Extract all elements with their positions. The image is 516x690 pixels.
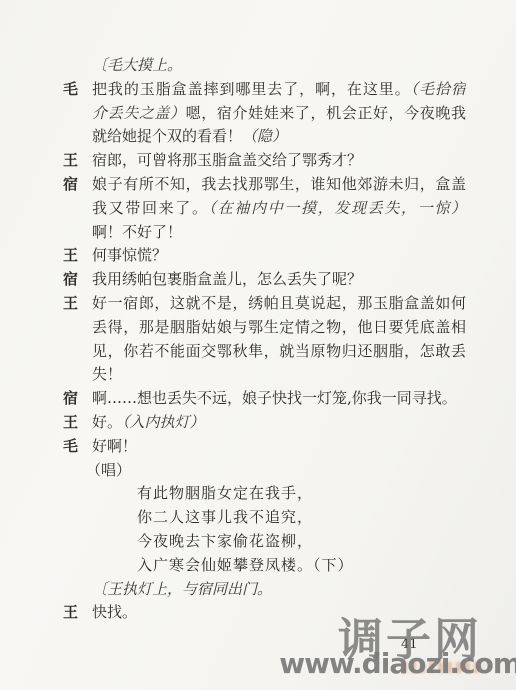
dialogue-text: 见，你若不能面交鄂秋隼，就当原物归还胭脂，怎敢丢 (92, 340, 466, 364)
dialogue-text: 把我的玉脂盒盖摔到哪里去了，啊，在这里。（毛拾宿 (92, 78, 466, 102)
stage-note-inline: 介丢失之盖） (92, 104, 186, 122)
verse-line: 有此物胭脂女定在我手， (137, 482, 313, 506)
dialogue-fragment: 见，你若不能面交鄂秋隼，就当原物归还胭脂，怎敢丢 (92, 342, 466, 360)
speaker-label: 王 (63, 411, 78, 435)
dialogue-fragment: 就给她捉个双的看看！ (92, 127, 242, 145)
dialogue-fragment: 我又带回来了。 (92, 199, 209, 217)
script-line: 我又带回来了。（在袖内中一摸，发现丢失，一惊） (0, 197, 516, 221)
dialogue-fragment: 好啊！ (92, 437, 137, 455)
script-text-block: 〔毛大摸上。毛把我的玉脂盒盖摔到哪里去了，啊，在这里。（毛拾宿介丢失之盖）嗯，宿… (0, 54, 516, 625)
script-line: 失！ (0, 363, 516, 387)
dialogue-fragment: 好。 (92, 413, 122, 431)
dialogue-text: 就给她捉个双的看看！（隐） (92, 125, 466, 149)
script-line: 宿我用绣帕包裹脂盒盖儿，怎么丢失了呢？ (0, 268, 516, 292)
speaker-label: 王 (63, 292, 78, 316)
dialogue-text: 好啊！ (92, 435, 466, 459)
verse-line: 你二人这事儿我不追究， (137, 506, 313, 530)
script-line: 今夜晚去卞家偷花盗柳， (0, 530, 516, 554)
dialogue-text: 啊……想也丢失不远，娘子快找一灯笼,你我一同寻找。 (92, 387, 466, 411)
dialogue-fragment: 我用绣帕包裹脂盒盖儿，怎么丢失了呢？ (92, 270, 362, 288)
dialogue-text: 失！ (92, 363, 466, 387)
script-line: 你二人这事儿我不追究， (0, 506, 516, 530)
dialogue-text: 好。（入内执灯） (92, 411, 466, 435)
watermark-site-url: www.diaozi.com (279, 647, 516, 680)
dialogue-fragment: 丢得，那是胭脂姑娘与鄂生定情之物，他日要凭底盖相 (92, 318, 466, 336)
script-line: 王好一宿郎，这就不是，绣帕且莫说起，那玉脂盒盖如何 (0, 292, 516, 316)
script-line: 宿娘子有所不知，我去找那鄂生，谁知他郊游未归，盒盖 (0, 173, 516, 197)
stage-note-inline: （在袖内中一摸，发现丢失，一惊） (209, 199, 466, 217)
script-line: 〔毛大摸上。 (0, 54, 516, 78)
dialogue-text: 丢得，那是胭脂姑娘与鄂生定情之物，他日要凭底盖相 (92, 316, 466, 340)
verse-line: 今夜晚去卞家偷花盗柳， (137, 530, 313, 554)
script-line: 毛把我的玉脂盒盖摔到哪里去了，啊，在这里。（毛拾宿 (0, 78, 516, 102)
script-line: 见，你若不能面交鄂秋隼，就当原物归还胭脂，怎敢丢 (0, 340, 516, 364)
script-line: 王好。（入内执灯） (0, 411, 516, 435)
dialogue-fragment: 快找。 (92, 603, 137, 621)
script-line: 毛好啊！ (0, 435, 516, 459)
dialogue-text: 娘子有所不知，我去找那鄂生，谁知他郊游未归，盒盖 (92, 173, 466, 197)
dialogue-text: 好一宿郎，这就不是，绣帕且莫说起，那玉脂盒盖如何 (92, 292, 466, 316)
stage-note-inline: （隐） (242, 127, 287, 145)
script-line: 介丢失之盖）嗯，宿介娃娃来了，机会正好，今夜晚我 (0, 102, 516, 126)
speaker-label: 王 (63, 244, 78, 268)
dialogue-text: 啊！不好了！ (92, 221, 466, 245)
dialogue-fragment: 何事惊慌？ (92, 246, 167, 264)
script-line: 王宿郎，可曾将那玉脂盒盖交给了鄂秀才？ (0, 149, 516, 173)
script-line: 有此物胭脂女定在我手， (0, 482, 516, 506)
script-line: 〔王执灯上，与宿同出门。 (0, 578, 516, 602)
speaker-label: 王 (63, 601, 78, 625)
script-line: 宿啊……想也丢失不远，娘子快找一灯笼,你我一同寻找。 (0, 387, 516, 411)
dialogue-fragment: 把我的玉脂盒盖摔到哪里去了，啊，在这里。 (92, 80, 411, 98)
dialogue-fragment: 啊……想也丢失不远，娘子快找一灯笼,你我一同寻找。 (92, 389, 457, 407)
dialogue-text: 何事惊慌？ (92, 244, 466, 268)
dialogue-text: 宿郎，可曾将那玉脂盒盖交给了鄂秀才？ (92, 149, 466, 173)
dialogue-text: 介丢失之盖）嗯，宿介娃娃来了，机会正好，今夜晚我 (92, 102, 466, 126)
speaker-label: 王 (63, 149, 78, 173)
sing-cue: （唱） (86, 459, 131, 483)
stage-note-inline: （毛拾宿 (411, 80, 466, 98)
speaker-label: 毛 (63, 435, 78, 459)
stage-direction: 〔王执灯上，与宿同出门。 (92, 578, 272, 602)
verse-line: 入广寒会仙姬攀登凤楼。（下） (137, 554, 354, 578)
script-line: 啊！不好了！ (0, 221, 516, 245)
script-line: （唱） (0, 459, 516, 483)
dialogue-text: 我又带回来了。（在袖内中一摸，发现丢失，一惊） (92, 197, 466, 221)
speaker-label: 毛 (63, 78, 78, 102)
dialogue-fragment: 娘子有所不知，我去找那鄂生，谁知他郊游未归，盒盖 (92, 175, 466, 193)
dialogue-fragment: 好一宿郎，这就不是，绣帕且莫说起，那玉脂盒盖如何 (92, 294, 466, 312)
dialogue-fragment: 失！ (92, 365, 122, 383)
dialogue-fragment: 嗯，宿介娃娃来了，机会正好，今夜晚我 (186, 104, 466, 122)
speaker-label: 宿 (63, 173, 78, 197)
script-line: 丢得，那是胭脂姑娘与鄂生定情之物，他日要凭底盖相 (0, 316, 516, 340)
stage-note-inline: （入内执灯） (122, 413, 205, 431)
dialogue-text: 我用绣帕包裹脂盒盖儿，怎么丢失了呢？ (92, 268, 466, 292)
stage-direction: 〔毛大摸上。 (92, 54, 182, 78)
dialogue-fragment: 宿郎，可曾将那玉脂盒盖交给了鄂秀才？ (92, 151, 362, 169)
speaker-label: 宿 (63, 387, 78, 411)
speaker-label: 宿 (63, 268, 78, 292)
script-line: 就给她捉个双的看看！（隐） (0, 125, 516, 149)
script-line: 王何事惊慌？ (0, 244, 516, 268)
dialogue-fragment: 啊！不好了！ (92, 223, 182, 241)
script-line: 入广寒会仙姬攀登凤楼。（下） (0, 554, 516, 578)
scanned-script-page: 〔毛大摸上。毛把我的玉脂盒盖摔到哪里去了，啊，在这里。（毛拾宿介丢失之盖）嗯，宿… (0, 0, 516, 690)
